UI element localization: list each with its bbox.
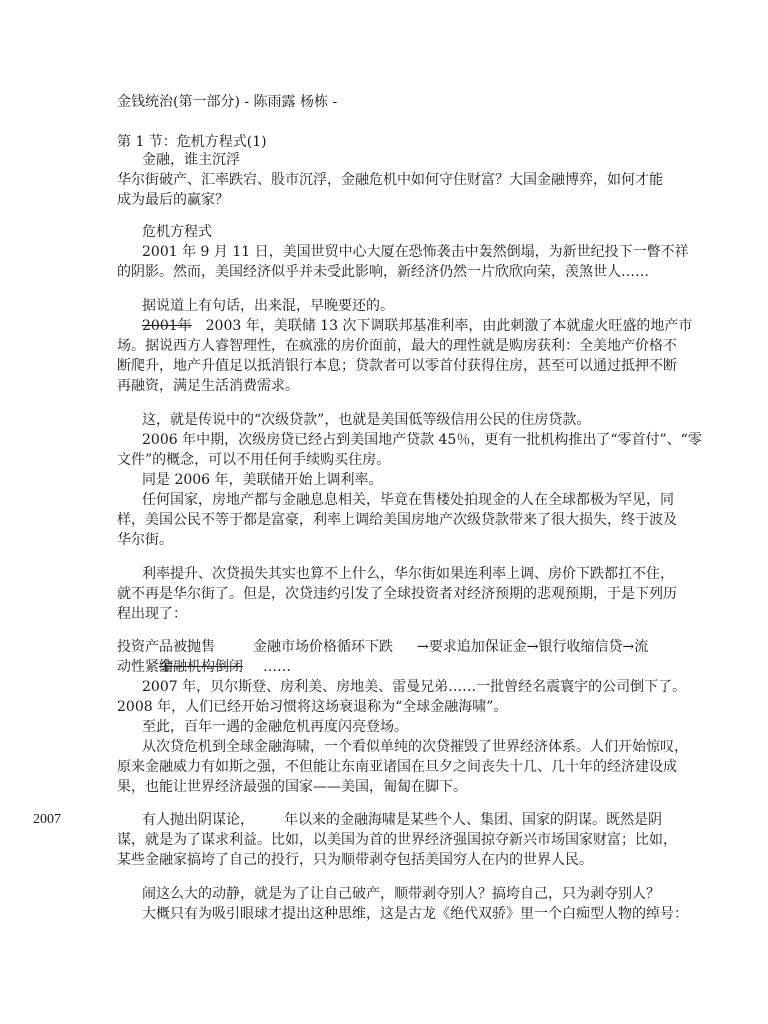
para-fuss-line-1: 闹这么大的动静，就是为了让自己破产，顺带剥夺别人？搞垮自己，只为剥夺别人？ bbox=[142, 884, 660, 904]
document-title: 金钱统治(第一部分) - 陈雨露 杨栋 - bbox=[117, 92, 337, 112]
para-any-country-line-3: 华尔街。 bbox=[117, 530, 173, 550]
intro-line-1: 华尔街破产、汇率跌宕、股市沉浮，金融危机中如何守住财富？大国金融博弈，如何才能 bbox=[117, 170, 663, 190]
saying-paragraph: 据说道上有句话，出来混，早晚要还的。 bbox=[142, 296, 394, 316]
century-crisis-line: 至此，百年一遇的金融危机再度闪亮登场。 bbox=[142, 717, 408, 737]
para-conspiracy-line-2: 谋，就是为了谋求利益。比如，以美国为首的世界经济强国掠夺新兴市场国家财富；比如， bbox=[117, 830, 677, 850]
struck-year-suffix: 年 bbox=[178, 318, 192, 334]
para-conspiracy-line-3: 某些金融家搞垮了自己的投行，只为顺带剥夺包括美国穷人在内的世界人民。 bbox=[117, 850, 593, 870]
para-tsunami-line-2: 原来金融威力有如斯之强，不但能让东南亚诸国在旦夕之间丧失十几、几十年的经济建设成 bbox=[117, 757, 677, 777]
chain-step-sold: 投资产品被抛售 bbox=[117, 639, 215, 655]
para-tsunami-line-1: 从次贷危机到全球金融海啸，一个看似单纯的次贷摧毁了世界经济体系。人们开始惊叹， bbox=[142, 737, 688, 757]
margin-note-year: 2007 bbox=[33, 810, 61, 830]
para-2006-line-1: 2006 年中期，次级房贷已经占到美国地产贷款 45％，更有一批机构推出了“零首… bbox=[142, 430, 702, 450]
conspiracy-lead: 有人抛出阴谋论， bbox=[142, 812, 254, 828]
para-any-country-line-1: 任何国家，房地产都与金融息息相关，毕竟在售楼处拍现金的人在全球都极为罕见，同 bbox=[142, 490, 674, 510]
section-heading: 第 1 节：危机方程式(1) bbox=[117, 132, 267, 152]
para-2001-line-2: 的阴影。然而，美国经济似乎并未受此影响，新经济仍然一片欣欣向荣，羡煞世人…… bbox=[117, 262, 649, 282]
para-conspiracy-line-1: 有人抛出阴谋论，年以来的金融海啸是某些个人、集团、国家的阴谋。既然是阴 bbox=[142, 810, 662, 830]
chain-step-institutions: 金融机构倒闭 bbox=[159, 659, 243, 675]
chain-ellipsis: …… bbox=[263, 659, 291, 675]
conspiracy-rest: 年以来的金融海啸是某些个人、集团、国家的阴谋。既然是阴 bbox=[284, 812, 662, 828]
para-2003-line-2: 场。据说西方人睿智理性，在疯涨的房价面前，最大的理性就是购房获利：全美地产价格不 bbox=[117, 336, 677, 356]
para-2003-line-1-rest: 2003 年，美联储 13 次下调联邦基准利率，由此刺激了本就虚火旺盛的地产市 bbox=[206, 318, 693, 334]
para-2006-line-2: 文件”的概念，可以不用任何手续购买住房。 bbox=[117, 450, 390, 470]
para-2001-line-1: 2001 年 9 月 11 日，美国世贸中心大厦在恐怖袭击中轰然倒塌，为新世纪投… bbox=[142, 242, 689, 262]
subprime-definition: 这，就是传说中的“次级贷款”，也就是美国低等级信用公民的住房贷款。 bbox=[142, 410, 590, 430]
chain-line-1: 投资产品被抛售金融市场价格循环下跌→要求追加保证金→银行收缩信贷→流 bbox=[117, 637, 648, 657]
chain-line-2: 动性紧缩金融机构倒闭…… bbox=[117, 657, 291, 677]
para-2003-line-1: 2001年2003 年，美联储 13 次下调联邦基准利率，由此刺激了本就虚火旺盛… bbox=[142, 316, 692, 336]
subheading: 危机方程式 bbox=[142, 222, 212, 242]
para-rate-rise-line-3: 程出现了： bbox=[117, 604, 187, 624]
para-2003-line-3: 断爬升，地产升值足以抵消银行本息；贷款者可以零首付获得住房，甚至可以通过抵押不断 bbox=[117, 356, 677, 376]
para-2007-line-2: 2008 年，人们已经开始习惯将这场衰退称为“全球金融海啸”。 bbox=[117, 697, 507, 717]
para-2003-line-4: 再融资，满足生活消费需求。 bbox=[117, 376, 299, 396]
chain-step-price-fall: 金融市场价格循环下跌 bbox=[253, 639, 393, 655]
para-rate-rise-line-1: 利率提升、次贷损失其实也算不上什么，华尔街如果连利率上调、房价下跌都扛不住， bbox=[142, 564, 674, 584]
para-rate-rise-line-2: 就不再是华尔街了。但是，次贷违约引发了全球投资者对经济预期的悲观预期，于是下列历 bbox=[117, 584, 677, 604]
para-2007-line-1: 2007 年，贝尔斯登、房利美、房地美、雷曼兄弟……一批曾经名震寰宇的公司倒下了… bbox=[142, 677, 686, 697]
struck-year: 2001 bbox=[142, 318, 178, 334]
chain-step-margin: →要求追加保证金→银行收缩信贷→流 bbox=[417, 639, 648, 655]
para-fuss-line-2: 大概只有为吸引眼球才提出这种思维，这是古龙《绝代双骄》里一个白痴型人物的绰号： bbox=[142, 904, 688, 924]
intro-line-2: 成为最后的赢家？ bbox=[117, 190, 229, 210]
section-subtitle: 金融，谁主沉浮 bbox=[142, 150, 240, 170]
para-any-country-line-2: 样，美国公民不等于都是富豪，利率上调给美国房地产次级贷款带来了很大损失，终于波及 bbox=[117, 510, 677, 530]
document-page: 金钱统治(第一部分) - 陈雨露 杨栋 - 第 1 节：危机方程式(1) 金融，… bbox=[0, 0, 768, 1024]
rate-hike-line: 同是 2006 年，美联储开始上调利率。 bbox=[142, 470, 383, 490]
para-tsunami-line-3: 果，也能让世界经济最强的国家——美国，匍匐在脚下。 bbox=[117, 777, 467, 797]
